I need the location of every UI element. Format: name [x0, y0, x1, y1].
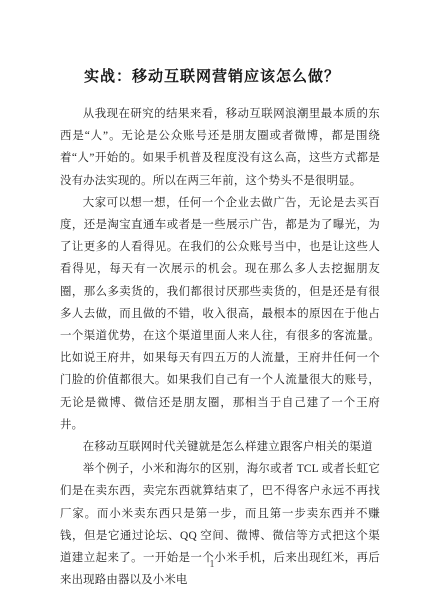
paragraph: 举个例子，小米和海尔的区别，海尔或者 TCL 或者长虹它们是在卖东西，卖完东西就…	[60, 458, 380, 591]
paragraph: 在移动互联网时代关键就是怎么样建立跟客户相关的渠道	[60, 436, 380, 458]
document-page: 实战：移动互联网营销应该怎么做？ 从我现在研究的结果来看，移动互联网浪潮里最本质…	[0, 0, 424, 600]
document-body: 从我现在研究的结果来看，移动互联网浪潮里最本质的东西是“人”。无论是公众账号还是…	[0, 90, 424, 591]
page-number: 1	[0, 559, 424, 570]
paragraph: 从我现在研究的结果来看，移动互联网浪潮里最本质的东西是“人”。无论是公众账号还是…	[60, 103, 380, 192]
document-title: 实战：移动互联网营销应该怎么做？	[0, 0, 424, 90]
paragraph: 大家可以想一想，任何一个企业去做广告，无论是去买百度，还是淘宝直通车或者是一些展…	[60, 192, 380, 436]
